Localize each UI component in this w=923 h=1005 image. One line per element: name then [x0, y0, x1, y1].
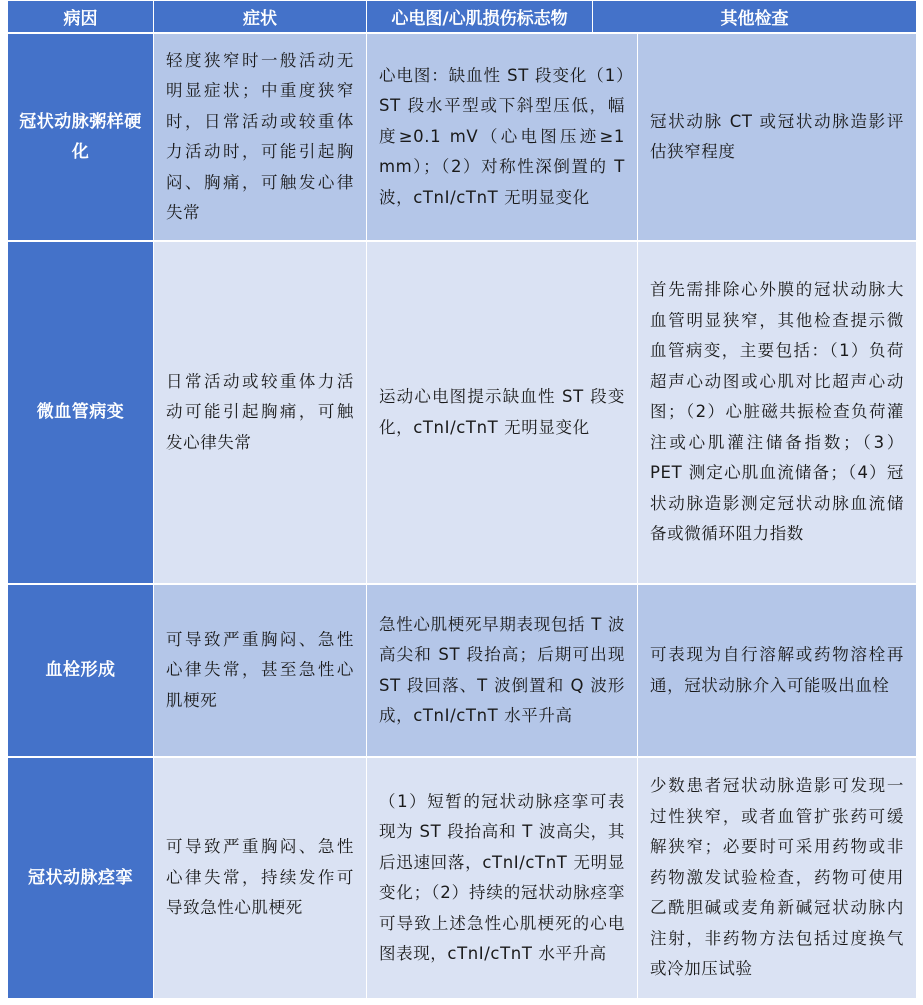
ecg-markers-text: 心电图：缺血性 ST 段变化（1）ST 段水平型或下斜型压低，幅度≥0.1 mV… [379, 61, 625, 214]
symptoms-text: 可导致严重胸闷、急性心律失常，甚至急性心肌梗死 [166, 625, 354, 717]
table-header: 病因 症状 心电图/心肌损伤标志物 其他检查 [8, 1, 916, 34]
other-tests-text: 首先需排除心外膜的冠状动脉大血管明显狭窄，其他检查提示微血管病变，主要包括：（1… [650, 275, 904, 550]
other-tests-text: 少数患者冠状动脉造影可发现一过性狭窄，或者血管扩张药可缓解狭窄；必要时可采用药物… [650, 771, 904, 985]
symptoms-cell: 日常活动或较重体力活动可能引起胸痛，可触发心律失常 [154, 242, 367, 583]
ecg-markers-cell: 运动心电图提示缺血性 ST 段变化，cTnI/cTnT 无明显变化 [367, 242, 638, 583]
cause-text: 血栓形成 [18, 655, 143, 686]
cause-text: 冠状动脉粥样硬化 [18, 107, 143, 168]
other-tests-cell: 可表现为自行溶解或药物溶栓再通，冠状动脉介入可能吸出血栓 [638, 585, 916, 756]
other-tests-cell: 少数患者冠状动脉造影可发现一过性狭窄，或者血管扩张药可缓解狭窄；必要时可采用药物… [638, 758, 916, 998]
header-cause: 病因 [8, 1, 154, 32]
symptoms-text: 可导致严重胸闷、急性心律失常，持续发作可导致急性心肌梗死 [166, 832, 354, 924]
symptoms-cell: 可导致严重胸闷、急性心律失常，甚至急性心肌梗死 [154, 585, 367, 756]
table-row: 冠状动脉粥样硬化 轻度狭窄时一般活动无明显症状；中重度狭窄时，日常活动或较重体力… [8, 34, 916, 242]
cause-cell: 冠状动脉痉挛 [8, 758, 154, 998]
cause-cell: 冠状动脉粥样硬化 [8, 34, 154, 240]
other-tests-text: 冠状动脉 CT 或冠状动脉造影评估狭窄程度 [650, 107, 904, 168]
ecg-markers-cell: （1）短暂的冠状动脉痉挛可表现为 ST 段抬高和 T 波高尖，其后迅速回落，cT… [367, 758, 638, 998]
symptoms-text: 日常活动或较重体力活动可能引起胸痛，可触发心律失常 [166, 367, 354, 459]
cause-text: 冠状动脉痉挛 [18, 863, 143, 894]
other-tests-cell: 冠状动脉 CT 或冠状动脉造影评估狭窄程度 [638, 34, 916, 240]
header-ecg-markers: 心电图/心肌损伤标志物 [367, 1, 593, 32]
ecg-markers-cell: 心电图：缺血性 ST 段变化（1）ST 段水平型或下斜型压低，幅度≥0.1 mV… [367, 34, 638, 240]
symptoms-text: 轻度狭窄时一般活动无明显症状；中重度狭窄时，日常活动或较重体力活动时，可能引起胸… [166, 46, 354, 229]
symptoms-cell: 可导致严重胸闷、急性心律失常，持续发作可导致急性心肌梗死 [154, 758, 367, 998]
table-row: 微血管病变 日常活动或较重体力活动可能引起胸痛，可触发心律失常 运动心电图提示缺… [8, 242, 916, 585]
table-row: 血栓形成 可导致严重胸闷、急性心律失常，甚至急性心肌梗死 急性心肌梗死早期表现包… [8, 585, 916, 758]
ecg-markers-text: （1）短暂的冠状动脉痉挛可表现为 ST 段抬高和 T 波高尖，其后迅速回落，cT… [379, 787, 625, 970]
cause-cell: 血栓形成 [8, 585, 154, 756]
symptoms-cell: 轻度狭窄时一般活动无明显症状；中重度狭窄时，日常活动或较重体力活动时，可能引起胸… [154, 34, 367, 240]
cause-cell: 微血管病变 [8, 242, 154, 583]
other-tests-text: 可表现为自行溶解或药物溶栓再通，冠状动脉介入可能吸出血栓 [650, 640, 904, 701]
ecg-markers-cell: 急性心肌梗死早期表现包括 T 波高尖和 ST 段抬高；后期可出现 ST 段回落、… [367, 585, 638, 756]
header-other-tests: 其他检查 [593, 1, 916, 32]
other-tests-cell: 首先需排除心外膜的冠状动脉大血管明显狭窄，其他检查提示微血管病变，主要包括：（1… [638, 242, 916, 583]
ecg-markers-text: 急性心肌梗死早期表现包括 T 波高尖和 ST 段抬高；后期可出现 ST 段回落、… [379, 610, 625, 732]
comparison-table: 病因 症状 心电图/心肌损伤标志物 其他检查 冠状动脉粥样硬化 轻度狭窄时一般活… [8, 1, 916, 998]
table-row: 冠状动脉痉挛 可导致严重胸闷、急性心律失常，持续发作可导致急性心肌梗死 （1）短… [8, 758, 916, 998]
header-symptoms: 症状 [154, 1, 367, 32]
ecg-markers-text: 运动心电图提示缺血性 ST 段变化，cTnI/cTnT 无明显变化 [379, 382, 625, 443]
cause-text: 微血管病变 [18, 397, 143, 428]
